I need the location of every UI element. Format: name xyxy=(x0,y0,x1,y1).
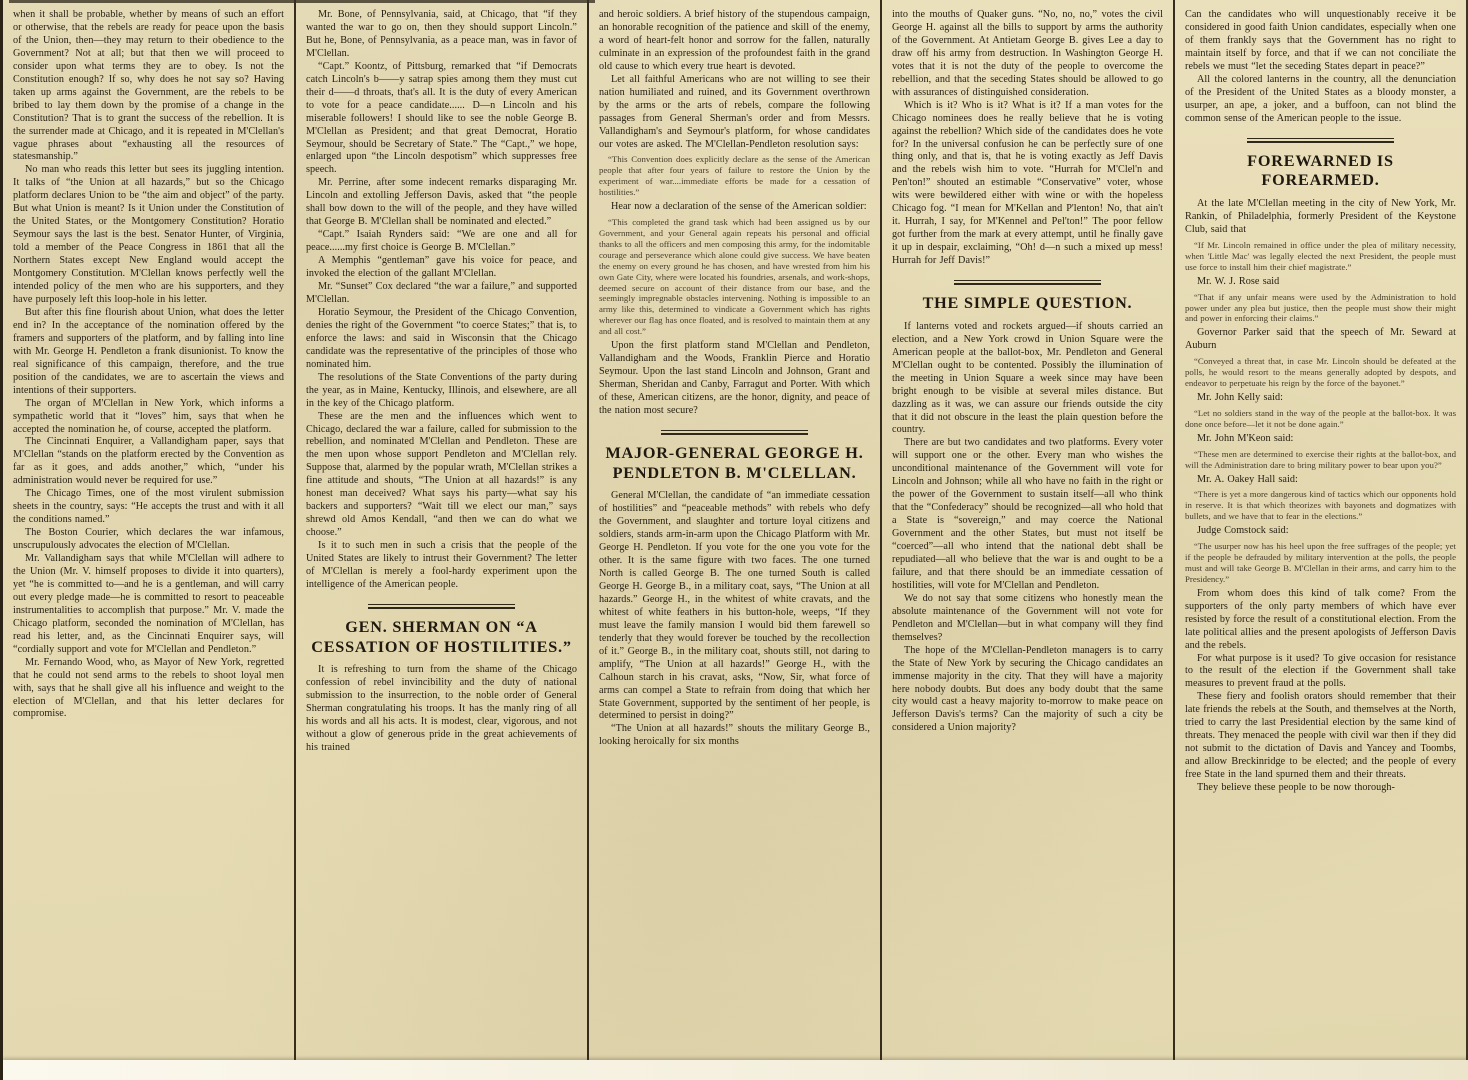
section-divider xyxy=(954,280,1100,285)
article-paragraph: Mr. W. J. Rose said xyxy=(1185,276,1456,289)
article-paragraph-continued: when it shall be probable, whether by me… xyxy=(13,9,284,164)
article-paragraph: Mr. Vallandigham says that while M'Clell… xyxy=(13,553,284,657)
article-paragraph: Hear now a declaration of the sense of t… xyxy=(599,201,870,214)
article-paragraph: Mr. John Kelly said: xyxy=(1185,392,1456,405)
article-paragraph: Mr. A. Oakey Hall said: xyxy=(1185,474,1456,487)
article-paragraph: The Boston Courier, which declares the w… xyxy=(13,527,284,553)
article-paragraph-continued: into the mouths of Quaker guns. “No, no,… xyxy=(892,9,1163,100)
newspaper-column: into the mouths of Quaker guns. “No, no,… xyxy=(882,0,1175,1080)
column-container: when it shall be probable, whether by me… xyxy=(3,0,1468,1080)
article-paragraph: “Capt.” Koontz, of Pittsburg, remarked t… xyxy=(306,61,577,178)
newspaper-column: Can the candidates who will unquestionab… xyxy=(1175,0,1468,1080)
article-paragraph: Mr. Bone, of Pennsylvania, said, at Chic… xyxy=(306,9,577,61)
article-paragraph: All the colored lanterns in the country,… xyxy=(1185,74,1456,126)
article-paragraph: Governor Parker said that the speech of … xyxy=(1185,327,1456,353)
article-paragraph: Mr. Fernando Wood, who, as Mayor of New … xyxy=(13,657,284,722)
blockquote-paragraph: “Conveyed a threat that, in case Mr. Lin… xyxy=(1185,356,1456,389)
blockquote-paragraph: “This Convention does explicitly declare… xyxy=(599,154,870,198)
article-paragraph: The Chicago Times, one of the most virul… xyxy=(13,488,284,527)
article-paragraph-continued: Can the candidates who will unquestionab… xyxy=(1185,9,1456,74)
article-headline: MAJOR-GENERAL GEORGE H. PENDLETON B. M'C… xyxy=(603,444,866,484)
blockquote-paragraph: “Let no soldiers stand in the way of the… xyxy=(1185,408,1456,430)
article-paragraph: No man who reads this letter but sees it… xyxy=(13,164,284,306)
article-paragraph: Horatio Seymour, the President of the Ch… xyxy=(306,307,577,372)
blockquote-paragraph: “There is yet a more dangerous kind of t… xyxy=(1185,489,1456,522)
article-paragraph: There are but two candidates and two pla… xyxy=(892,437,1163,592)
article-paragraph: Upon the first platform stand M'Clellan … xyxy=(599,340,870,418)
blockquote-paragraph: “That if any unfair means were used by t… xyxy=(1185,292,1456,325)
article-paragraph: Let all faithful Americans who are not w… xyxy=(599,74,870,152)
article-headline: THE SIMPLE QUESTION. xyxy=(896,294,1159,314)
newspaper-column: and heroic soldiers. A brief history of … xyxy=(589,0,882,1080)
article-paragraph: The organ of M'Clellan in New York, whic… xyxy=(13,398,284,437)
article-paragraph: The resolutions of the State Conventions… xyxy=(306,372,577,411)
article-paragraph: From whom does this kind of talk come? F… xyxy=(1185,588,1456,653)
newspaper-column: when it shall be probable, whether by me… xyxy=(3,0,296,1080)
section-divider xyxy=(661,430,807,435)
article-paragraph-continued: and heroic soldiers. A brief history of … xyxy=(599,9,870,74)
article-paragraph: Which is it? Who is it? What is it? If a… xyxy=(892,100,1163,268)
article-paragraph: For what purpose is it used? To give occ… xyxy=(1185,653,1456,692)
article-paragraph: These are the men and the influences whi… xyxy=(306,411,577,541)
article-paragraph: Is it to such men in such a crisis that … xyxy=(306,540,577,592)
article-paragraph: It is refreshing to turn from the shame … xyxy=(306,664,577,755)
article-paragraph: We do not say that some citizens who hon… xyxy=(892,593,1163,645)
article-paragraph: The hope of the M'Clellan-Pendleton mana… xyxy=(892,645,1163,736)
section-divider xyxy=(368,604,514,609)
article-paragraph: But after this fine flourish about Union… xyxy=(13,307,284,398)
article-paragraph: The Cincinnati Enquirer, a Vallandigham … xyxy=(13,436,284,488)
blockquote-paragraph: “This completed the grand task which had… xyxy=(599,217,870,337)
article-paragraph: At the late M'Clellan meeting in the cit… xyxy=(1185,198,1456,237)
article-paragraph: A Memphis “gentleman” gave his voice for… xyxy=(306,255,577,281)
article-paragraph: “Capt.” Isaiah Rynders said: “We are one… xyxy=(306,229,577,255)
article-paragraph: “The Union at all hazards!” shouts the m… xyxy=(599,723,870,749)
newspaper-column: Mr. Bone, of Pennsylvania, said, at Chic… xyxy=(296,0,589,1080)
article-paragraph: General M'Clellan, the candidate of “an … xyxy=(599,490,870,723)
article-paragraph: These fiery and foolish orators should r… xyxy=(1185,691,1456,782)
article-paragraph: Mr. John M'Keon said: xyxy=(1185,433,1456,446)
blockquote-paragraph: “The usurper now has his heel upon the f… xyxy=(1185,541,1456,585)
article-paragraph: If lanterns voted and rockets argued—if … xyxy=(892,321,1163,438)
article-paragraph: Judge Comstock said: xyxy=(1185,525,1456,538)
article-paragraph: Mr. “Sunset” Cox declared “the war a fai… xyxy=(306,281,577,307)
article-paragraph: They believe these people to be now thor… xyxy=(1185,782,1456,795)
article-headline: FOREWARNED IS FOREARMED. xyxy=(1189,152,1452,192)
newspaper-page: when it shall be probable, whether by me… xyxy=(0,0,1468,1080)
blockquote-paragraph: “These men are determined to exercise th… xyxy=(1185,449,1456,471)
section-divider xyxy=(1247,138,1393,143)
article-headline: GEN. SHERMAN ON “A CESSATION OF HOSTILIT… xyxy=(310,618,573,658)
blockquote-paragraph: “If Mr. Lincoln remained in office under… xyxy=(1185,240,1456,273)
article-paragraph: Mr. Perrine, after some indecent remarks… xyxy=(306,177,577,229)
